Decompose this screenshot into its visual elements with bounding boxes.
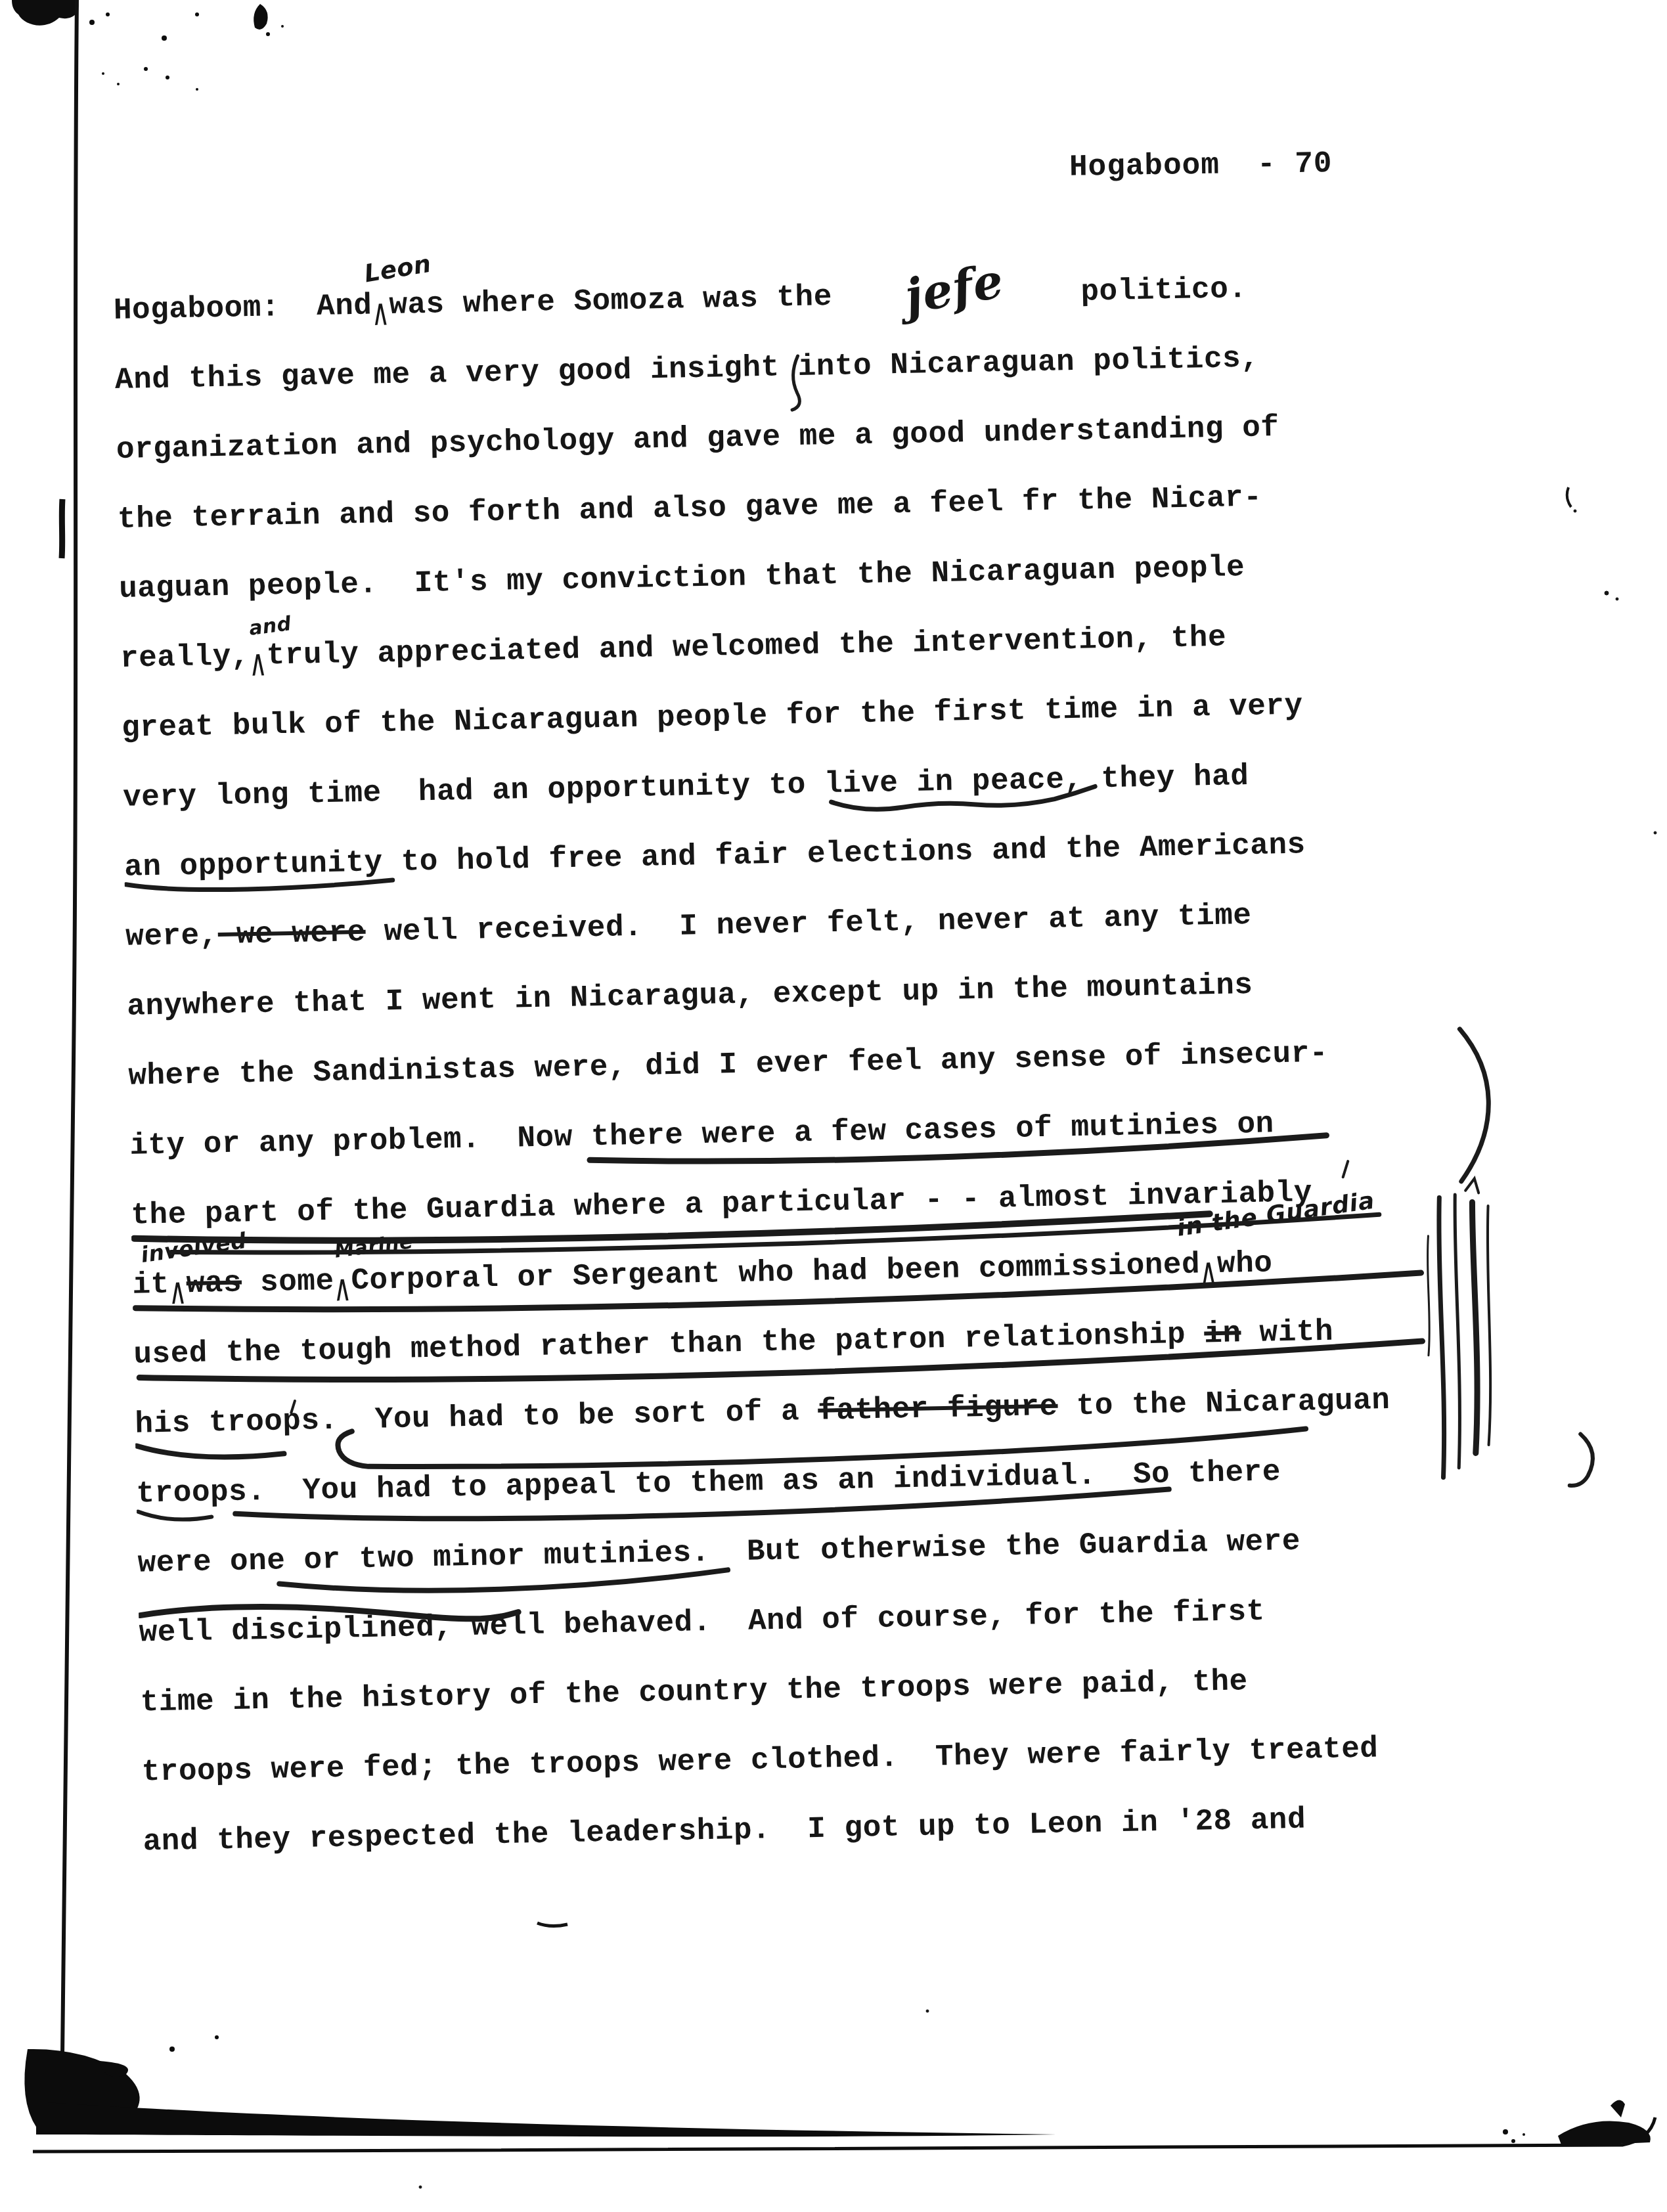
typed-text: the part of the Guardia where a particul…: [131, 1176, 1312, 1233]
top-left-smudge: [12, 0, 284, 91]
left-edge-binding-line: [62, 0, 77, 2056]
typed-text: troops. You had to appeal to them as an …: [136, 1455, 1281, 1511]
typed-text: organization and psychology and gave me …: [116, 410, 1279, 467]
typed-text: where the Sandinistas were, did I ever f…: [128, 1036, 1328, 1094]
struck-text: we were: [217, 916, 366, 952]
typed-text: And this gave me a very good insight int…: [115, 342, 1260, 397]
typed-text: the terrain and so forth and also gave m…: [118, 480, 1262, 536]
handwritten-insertion: jefe: [905, 280, 1002, 297]
typed-text: ity or any problem. Now there were a few…: [129, 1107, 1274, 1162]
transcript-block: Hogaboom: And∧Leonwas where Somoza was t…: [113, 246, 1667, 1876]
typed-text: with: [1241, 1315, 1334, 1351]
typed-text: were,: [125, 918, 219, 954]
page-header: Hogaboom - 70: [1069, 146, 1333, 185]
typed-text: who: [1217, 1246, 1273, 1281]
typed-text: well disciplined, well behaved. And of c…: [139, 1595, 1265, 1650]
typed-text: used the tough method rather than the pa…: [133, 1317, 1205, 1371]
typed-lines: Hogaboom: And∧Leonwas where Somoza was t…: [113, 246, 1667, 1876]
typed-text: troops were fed; the troops were clothed…: [141, 1731, 1379, 1789]
bottom-left-smudge: [24, 2035, 1056, 2136]
typed-text: it: [132, 1268, 169, 1302]
typed-text: and they respected the leadership. I got…: [143, 1803, 1306, 1859]
bottom-right-smudge: [1503, 2100, 1651, 2146]
typed-text: was where Somoza was the: [389, 280, 832, 322]
typed-text: anywhere that I went in Nicaragua, excep…: [127, 968, 1253, 1024]
typed-text: really,: [120, 639, 250, 676]
typed-text: very long time had an opportunity to liv…: [123, 759, 1249, 815]
scanned-transcript-page: { "page": { "header_label": "Hogaboom - …: [0, 0, 1667, 2212]
typed-text: truly appreciated and welcomed the inter…: [266, 621, 1226, 673]
typed-text: politico.: [1062, 272, 1247, 309]
typed-text: an opportunity to hold free and fair ele…: [124, 828, 1306, 885]
typed-text: time in the history of the country the t…: [140, 1664, 1248, 1719]
typed-text: were one or two minor mutinies. But othe…: [137, 1524, 1300, 1581]
struck-text: father figure: [818, 1390, 1058, 1428]
typed-text: to the Nicaraguan: [1057, 1383, 1390, 1424]
typed-text: well received. I never felt, never at an…: [365, 898, 1252, 950]
bottom-edge-line: [33, 2117, 1655, 2152]
typed-text: Corporal or Sergeant who had been commis…: [351, 1248, 1201, 1298]
struck-text: was: [186, 1266, 242, 1302]
typed-text: great bulk of the Nicaraguan people for …: [122, 688, 1303, 745]
struck-text: in: [1204, 1316, 1241, 1351]
typed-text: uaguan people. It's my conviction that t…: [119, 550, 1245, 606]
typed-text: some: [242, 1264, 335, 1300]
typed-text: Hogaboom: And: [114, 288, 372, 328]
typed-text: his troops. You had to be sort of a: [135, 1394, 818, 1442]
